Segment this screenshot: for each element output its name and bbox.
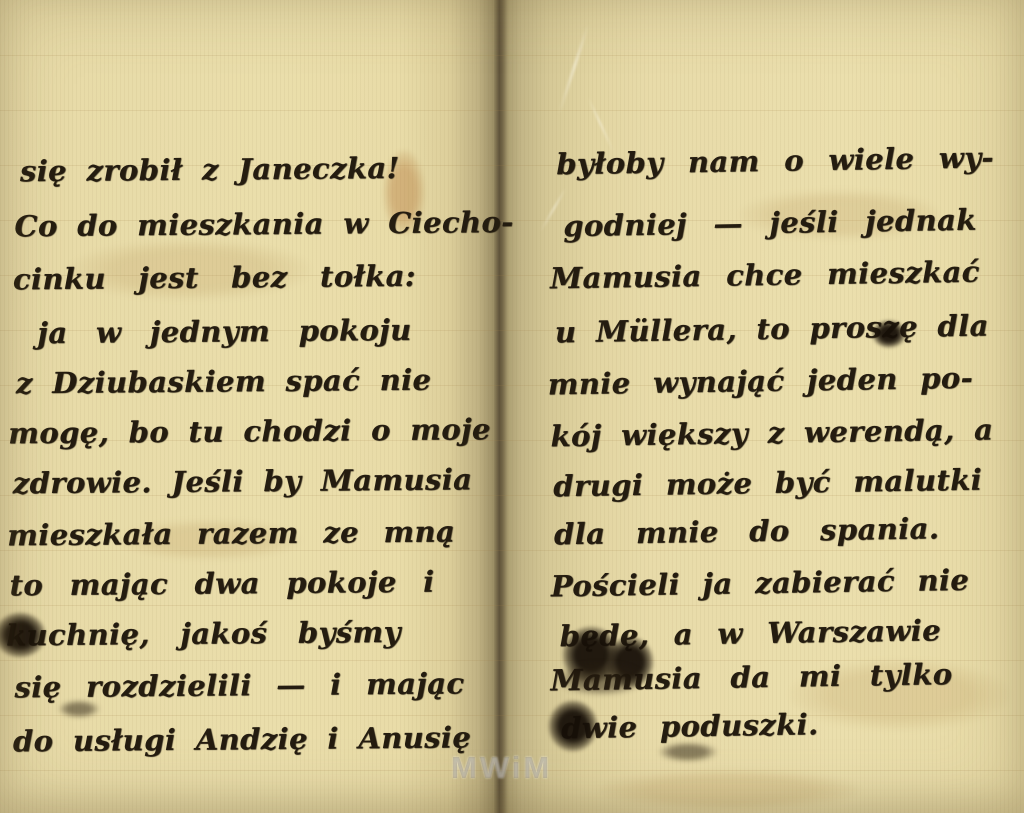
handwritten-line: drugi może być malutki xyxy=(553,463,982,504)
handwriting-right: byłoby nam o wiele wy- godniej — jeśli j… xyxy=(0,0,1024,813)
ink-blot xyxy=(872,320,906,348)
ink-smudge xyxy=(556,662,646,696)
handwritten-line: byłoby nam o wiele wy- xyxy=(556,140,994,181)
ink-smudge xyxy=(658,742,718,762)
handwritten-line: dla mnie do spania. xyxy=(554,511,940,551)
handwritten-line: dwie poduszki. xyxy=(561,707,819,745)
ink-blot xyxy=(548,700,598,752)
ink-smudge xyxy=(58,700,100,718)
handwritten-line: u Müllera, to proszę dla xyxy=(555,309,989,350)
handwritten-line: mnie wynająć jeden po- xyxy=(547,361,973,402)
handwritten-line: kój większy z werendą, a xyxy=(550,412,993,453)
handwritten-line: Mamusia chce mieszkać xyxy=(550,255,980,296)
letter-scan: się zrobił z Janeczka! Co do mieszkania … xyxy=(0,0,1024,813)
handwritten-line: godniej — jeśli jednak xyxy=(563,203,977,243)
archive-watermark: MWiM xyxy=(451,750,552,786)
handwritten-line: Pościeli ja zabierać nie xyxy=(551,563,970,604)
